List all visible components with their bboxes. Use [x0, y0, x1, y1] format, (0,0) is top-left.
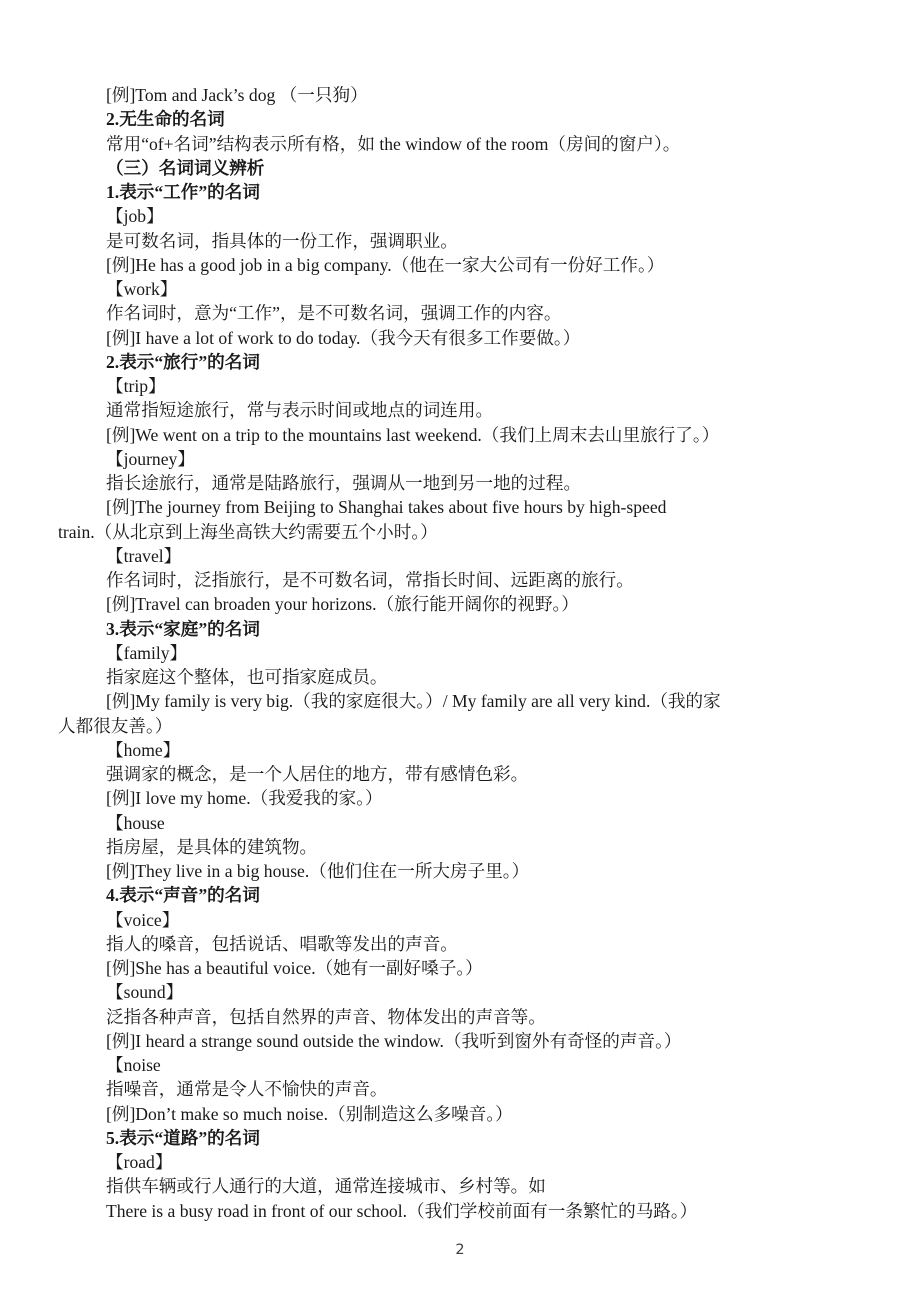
doc-text-line: 【family】	[58, 641, 864, 665]
page-number: 2	[455, 1242, 464, 1258]
doc-text-line: 常用“of+名词”结构表示所有格，如 the window of the roo…	[58, 132, 864, 156]
doc-text-line: [例]He has a good job in a big company.（他…	[58, 253, 864, 277]
doc-text-line: 【road】	[58, 1150, 864, 1174]
doc-text-line: [例]We went on a trip to the mountains la…	[58, 423, 864, 447]
doc-text-line: 【trip】	[58, 374, 864, 398]
doc-heading-line: 2.无生命的名词	[58, 107, 864, 131]
doc-heading-line: 4.表示“声音”的名词	[58, 883, 864, 907]
doc-text-line: 【journey】	[58, 447, 864, 471]
doc-text-line: 【house	[58, 811, 864, 835]
document-page: [例]Tom and Jack’s dog （一只狗）2.无生命的名词常用“of…	[0, 0, 920, 1302]
doc-text-line: 通常指短途旅行，常与表示时间或地点的词连用。	[58, 398, 864, 422]
doc-text-line: 指人的嗓音，包括说话、唱歌等发出的声音。	[58, 932, 864, 956]
doc-heading-line: 5.表示“道路”的名词	[58, 1126, 864, 1150]
doc-text-line: 【home】	[58, 738, 864, 762]
doc-text-line: 人都很友善。）	[58, 714, 864, 738]
doc-text-line: 【sound】	[58, 980, 864, 1004]
doc-text-line: [例]I heard a strange sound outside the w…	[58, 1029, 864, 1053]
doc-text-line: 指供车辆或行人通行的大道，通常连接城市、乡村等。如	[58, 1174, 864, 1198]
doc-text-line: 指房屋，是具体的建筑物。	[58, 835, 864, 859]
doc-text-line: 【travel】	[58, 544, 864, 568]
doc-text-line: 泛指各种声音，包括自然界的声音、物体发出的声音等。	[58, 1005, 864, 1029]
doc-text-line: 指家庭这个整体，也可指家庭成员。	[58, 665, 864, 689]
doc-heading-line: 1.表示“工作”的名词	[58, 180, 864, 204]
doc-text-line: [例]I love my home.（我爱我的家。）	[58, 786, 864, 810]
doc-text-line: 作名词时，意为“工作”，是不可数名词，强调工作的内容。	[58, 301, 864, 325]
doc-text-line: 【noise	[58, 1053, 864, 1077]
doc-heading-line: 3.表示“家庭”的名词	[58, 617, 864, 641]
page-footer: 2	[0, 1241, 920, 1259]
doc-text-line: [例]She has a beautiful voice.（她有一副好嗓子。）	[58, 956, 864, 980]
doc-heading-line: （三）名词词义辨析	[58, 156, 864, 180]
doc-text-line: [例]Don’t make so much noise.（别制造这么多噪音。）	[58, 1102, 864, 1126]
doc-heading-line: 2.表示“旅行”的名词	[58, 350, 864, 374]
doc-text-line: 作名词时，泛指旅行，是不可数名词，常指长时间、远距离的旅行。	[58, 568, 864, 592]
doc-text-line: [例]Tom and Jack’s dog （一只狗）	[58, 83, 864, 107]
doc-text-line: [例]Travel can broaden your horizons.（旅行能…	[58, 592, 864, 616]
doc-text-line: 【job】	[58, 204, 864, 228]
doc-text-line: 【work】	[58, 277, 864, 301]
doc-text-line: 指噪音，通常是令人不愉快的声音。	[58, 1077, 864, 1101]
doc-text-line: [例]The journey from Beijing to Shanghai …	[58, 495, 864, 519]
doc-text-line: train.（从北京到上海坐高铁大约需要五个小时。）	[58, 520, 864, 544]
document-body: [例]Tom and Jack’s dog （一只狗）2.无生命的名词常用“of…	[58, 83, 864, 1223]
doc-text-line: [例]They live in a big house.（他们住在一所大房子里。…	[58, 859, 864, 883]
doc-text-line: 【voice】	[58, 908, 864, 932]
doc-text-line: [例]My family is very big.（我的家庭很大。）/ My f…	[58, 689, 864, 713]
doc-text-line: There is a busy road in front of our sch…	[58, 1199, 864, 1223]
doc-text-line: [例]I have a lot of work to do today.（我今天…	[58, 326, 864, 350]
doc-text-line: 是可数名词，指具体的一份工作，强调职业。	[58, 229, 864, 253]
doc-text-line: 指长途旅行，通常是陆路旅行，强调从一地到另一地的过程。	[58, 471, 864, 495]
doc-text-line: 强调家的概念，是一个人居住的地方，带有感情色彩。	[58, 762, 864, 786]
